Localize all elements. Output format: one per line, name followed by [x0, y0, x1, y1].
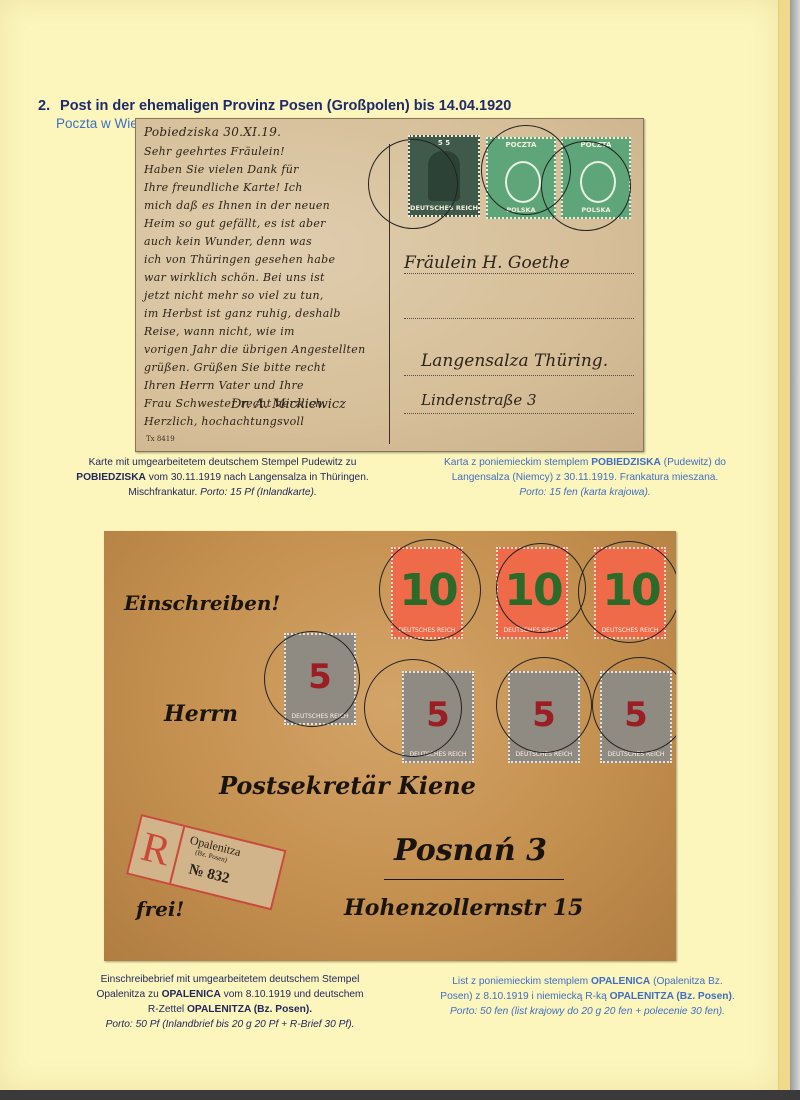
caption-text: R-Zettel — [148, 1004, 187, 1015]
caption-text: (Pudewitz) do — [661, 457, 726, 468]
postcard-message-line: Ihren Herrn Vater und Ihre — [144, 379, 304, 392]
postmark-cancel — [578, 541, 676, 643]
postcard-message-line: war wirklich schön. Bei uns ist — [144, 271, 325, 284]
page-heading-de: 2. Post in der ehemaligen Provinz Posen … — [38, 98, 511, 114]
town-name: POBIEDZISKA — [76, 472, 146, 483]
cover-salutation: Herrn — [164, 701, 238, 727]
section-number: 2. — [38, 98, 56, 114]
caption-line: Einschreibebrief mit umgearbeitetem deut… — [45, 972, 415, 987]
postcard-message-line: ich von Thüringen gesehen habe — [144, 253, 335, 266]
postmark-cancel — [364, 659, 462, 757]
postmark-cancel — [496, 543, 586, 633]
caption-line: Mischfrankatur. Porto: 15 Pf (Inlandkart… — [45, 485, 400, 500]
postcard-image: Pobiedziska 30.XI.19. Sehr geehrtes Fräu… — [135, 118, 644, 452]
caption-line: POBIEDZISKA vom 30.11.1919 nach Langensa… — [45, 470, 400, 485]
postcard-signature: Dr. A. Mickiewicz — [231, 397, 346, 412]
caption-text: (Opalenitza Bz. — [650, 976, 722, 987]
postmark-cancel — [379, 539, 481, 641]
postcard-message-line: auch kein Wunder, denn was — [144, 235, 312, 248]
section-title-de: Post in der ehemaligen Provinz Posen (Gr… — [60, 98, 511, 114]
cover-free-note: frei! — [136, 897, 184, 921]
album-page: 2. Post in der ehemaligen Provinz Posen … — [0, 0, 778, 1090]
caption-postcard-de: Karte mit umgearbeitetem deutschem Stemp… — [45, 455, 400, 500]
caption-line: List z poniemieckim stemplem OPALENICA (… — [410, 974, 765, 989]
caption-line: Karta z poniemieckim stemplem POBIEDZISK… — [415, 455, 755, 470]
caption-text: Opalenitza zu — [96, 989, 161, 1000]
postmark-cancel — [264, 631, 360, 727]
caption-text: Posen) z 8.10.1919 i niemiecką R-ką — [440, 991, 609, 1002]
registration-r-letter: R — [128, 816, 185, 883]
postage-note: Porto: 50 Pf (Inlandbrief bis 20 g 20 Pf… — [106, 1019, 355, 1030]
postcard-print-code: Tx 8419 — [146, 435, 175, 443]
caption-line: Karte mit umgearbeitetem deutschem Stemp… — [45, 455, 400, 470]
postage-note: Porto: 15 Pf (Inlandkarte). — [200, 487, 317, 498]
postcard-recipient: Fräulein H. Goethe — [404, 253, 570, 273]
address-line — [404, 413, 634, 414]
town-name: OPALENICA — [162, 989, 221, 1000]
postage-note: Porto: 50 fen (list krajowy do 20 g 20 f… — [450, 1006, 725, 1017]
caption-text: vom 8.10.1919 und deutschem — [221, 989, 364, 1000]
postcard-message-line: jetzt nicht mehr so viel zu tun, — [144, 289, 324, 302]
registration-label: R Opalenitza (Bz. Posen) № 832 — [126, 814, 287, 910]
registered-cover-image: 10 DEUTSCHES REICH 10 DEUTSCHES REICH 10… — [104, 531, 676, 961]
postcard-message-line: Ihre freundliche Karte! Ich — [144, 181, 303, 194]
caption-line: Porto: 50 Pf (Inlandbrief bis 20 g 20 Pf… — [45, 1017, 415, 1032]
postcard-city: Langensalza Thüring. — [421, 351, 608, 371]
postcard-date-line: Pobiedziska 30.XI.19. — [144, 125, 281, 139]
registration-number: № 832 — [187, 862, 231, 888]
town-name: OPALENITZA (Bz. Posen). — [187, 1004, 312, 1015]
postcard-message-line: Reise, wann nicht, wie im — [144, 325, 295, 338]
postcard-message-line: grüßen. Grüßen Sie bitte recht — [144, 361, 326, 374]
caption-text: Karta z poniemieckim stemplem — [444, 457, 591, 468]
postcard-message-line: Sehr geehrtes Fräulein! — [144, 145, 285, 158]
town-name: OPALENICA — [591, 976, 650, 987]
caption-line: Langensalza (Niemcy) z 30.11.1919. Frank… — [415, 470, 755, 485]
postcard-message-line: Heim so gut gefällt, es ist aber — [144, 217, 326, 230]
caption-text: List z poniemieckim stemplem — [452, 976, 591, 987]
postmark-cancel — [368, 139, 458, 229]
caption-cover-de: Einschreibebrief mit umgearbeitetem deut… — [45, 972, 415, 1032]
postcard-message-line: Haben Sie vielen Dank für — [144, 163, 299, 176]
postcard-message-line: Herzlich, hochachtungsvoll — [144, 415, 304, 428]
caption-line: R-Zettel OPALENITZA (Bz. Posen). — [45, 1002, 415, 1017]
address-line — [404, 318, 634, 319]
postmark-cancel — [541, 141, 631, 231]
caption-line: Porto: 15 fen (karta krajowa). — [415, 485, 755, 500]
cover-city: Posnań 3 — [394, 833, 547, 868]
postcard-message-line: mich daß es Ihnen in der neuen — [144, 199, 330, 212]
postcard-message-line: vorigen Jahr die übrigen Angestellten — [144, 343, 365, 356]
caption-postcard-pl: Karta z poniemieckim stemplem POBIEDZISK… — [415, 455, 755, 500]
scan-shadow — [790, 0, 800, 1100]
city-underline — [384, 879, 564, 880]
address-line — [404, 375, 634, 376]
postage-note: Porto: 15 fen (karta krajowa). — [519, 487, 650, 498]
town-name: OPALENITZA (Bz. Posen) — [610, 991, 732, 1002]
address-line — [404, 273, 634, 274]
caption-text: . — [732, 991, 735, 1002]
caption-line: Opalenitza zu OPALENICA vom 8.10.1919 un… — [45, 987, 415, 1002]
caption-line: Porto: 50 fen (list krajowy do 20 g 20 f… — [410, 1004, 765, 1019]
cover-street: Hohenzollernstr 15 — [344, 895, 583, 921]
postmark-cancel — [496, 657, 592, 753]
caption-cover-pl: List z poniemieckim stemplem OPALENICA (… — [410, 974, 765, 1019]
scan-shadow-bottom — [0, 1090, 800, 1100]
caption-line: Posen) z 8.10.1919 i niemiecką R-ką OPAL… — [410, 989, 765, 1004]
town-name: POBIEDZISKA — [591, 457, 661, 468]
caption-text: vom 30.11.1919 nach Langensalza in Thüri… — [146, 472, 369, 483]
postcard-street: Lindenstraße 3 — [421, 391, 537, 409]
cover-addressee: Postsekretär Kiene — [219, 771, 476, 800]
postcard-message-line: im Herbst ist ganz ruhig, deshalb — [144, 307, 341, 320]
cover-registered-note: Einschreiben! — [124, 591, 280, 615]
caption-text: Mischfrankatur. — [128, 487, 200, 498]
